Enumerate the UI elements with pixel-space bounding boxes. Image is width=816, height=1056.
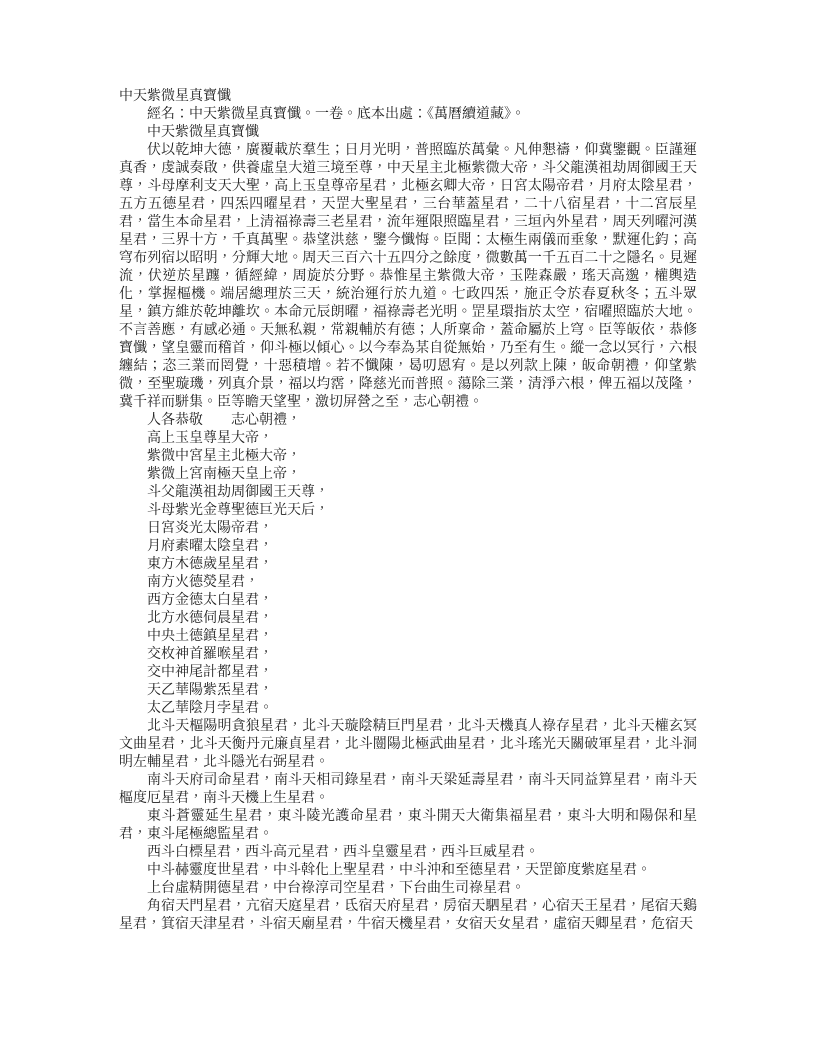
deity-list-item: 高上玉皇尊星大帝， (119, 430, 697, 448)
opening-paragraph: 伏以乾坤大德，廣覆載於羣生；日月光明，普照臨於萬彙。凡伸懇禱，仰冀鑒觀。臣謹運真… (119, 142, 697, 412)
deity-list-item: 南方火德熒星君， (119, 574, 697, 592)
paragraph-xiu: 角宿天門星君，亢宿天庭星君，氐宿天府星君，房宿天駟星君，心宿天王星君，尾宿天鷄星… (119, 898, 697, 934)
invocation-line: 人各恭敬 志心朝禮， (119, 412, 697, 430)
deity-list-item: 交中神尾計都星君， (119, 664, 697, 682)
colophon-line: 經名：中天紫微星真寶懺。一卷。底本出處：《萬曆續道藏》。 (119, 106, 697, 124)
deity-list-item: 斗母紫光金尊聖德巨光天后， (119, 502, 697, 520)
deity-list-item: 北方水德伺晨星君， (119, 610, 697, 628)
deity-list-item: 紫微上宮南極天皇上帝， (119, 466, 697, 484)
paragraph-zhongdou: 中斗赫靈度世星君，中斗斡化上聖星君，中斗沖和至德星君，天罡節度紫庭星君。 (119, 862, 697, 880)
deity-list-item: 東方木德歲星星君， (119, 556, 697, 574)
deity-list-item: 月府素曜太陰皇君， (119, 538, 697, 556)
deity-list-item: 交枚神首羅喉星君， (119, 646, 697, 664)
paragraph-santai: 上台虛精開德星君，中台祿淳司空星君，下台曲生司祿星君。 (119, 880, 697, 898)
paragraph-dongdou: 東斗蒼靈延生星君，東斗陵光護命星君，東斗開天大衛集福星君，東斗大明和陽保和星君，… (119, 808, 697, 844)
deity-list-item: 西方金德太白星君， (119, 592, 697, 610)
deity-list-item: 天乙華陽紫炁星君， (119, 682, 697, 700)
scripture-subtitle: 中天紫微星真寶懺 (119, 124, 697, 142)
paragraph-nandou: 南斗天府司命星君，南斗天相司錄星君，南斗天梁延壽星君，南斗天同益算星君，南斗天樞… (119, 772, 697, 808)
document-page: 中天紫微星真寶懺 經名：中天紫微星真寶懺。一卷。底本出處：《萬曆續道藏》。 中天… (119, 88, 697, 934)
deity-list-item: 紫微中宮星主北極大帝， (119, 448, 697, 466)
deity-list-item: 中央土德鎮星星君， (119, 628, 697, 646)
deity-list-item: 斗父龍漢祖劫周御國王天尊， (119, 484, 697, 502)
deity-list-item: 日宮炎光太陽帝君， (119, 520, 697, 538)
paragraph-xidou: 西斗白標星君，西斗高元星君，西斗皇靈星君，西斗巨威星君。 (119, 844, 697, 862)
document-title: 中天紫微星真寶懺 (119, 88, 697, 106)
paragraph-beidou: 北斗天樞陽明貪狼星君，北斗天璇陰精巨門星君，北斗天機真人祿存星君，北斗天權玄冥文… (119, 718, 697, 772)
deity-list-item: 太乙華陰月孛星君。 (119, 700, 697, 718)
